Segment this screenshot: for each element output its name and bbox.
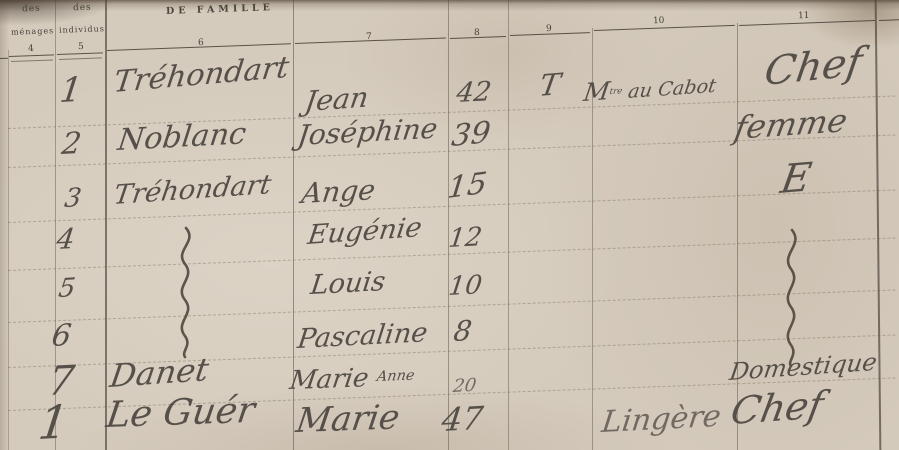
column-number-4: 4 (28, 44, 34, 54)
row-number: 1 (36, 399, 71, 446)
surname-entry: Danet (108, 353, 211, 392)
column-divider (875, 0, 882, 450)
age-entry: 8 (452, 317, 473, 346)
surname-entry: Le Guér (104, 393, 257, 434)
surname-entry: Tréhondart (112, 171, 273, 209)
firstname-entry: Ange (300, 176, 377, 208)
profession-superscript: tre (609, 86, 623, 97)
column-header-menages-top: des (22, 4, 41, 15)
ditto-squiggle-icon (778, 226, 804, 368)
firstname-entry: Louis (309, 268, 387, 299)
column-divider (737, 23, 738, 450)
age-entry: 15 (446, 169, 488, 204)
age-entry: 42 (455, 78, 493, 107)
column-number-11: 11 (798, 11, 810, 21)
column-header-individus-bottom: individus (59, 24, 105, 35)
row-number: 4 (55, 225, 76, 254)
column-number-6: 6 (198, 38, 204, 48)
header-rule (57, 52, 103, 55)
column-number-7: 7 (366, 32, 372, 42)
profession-entry: Mtre au Cabot (582, 71, 718, 105)
header-rule (0, 58, 8, 59)
column-header-menages-bottom: ménages (11, 26, 54, 37)
profession-entry: Lingère (600, 402, 723, 438)
position-entry: Chef (728, 386, 826, 430)
firstname-entry: Marie (294, 400, 402, 438)
census-register-page: des ménages des individus DE FAMILLE 4 5… (0, 0, 899, 450)
row-number: 3 (63, 185, 83, 212)
firstname-entry: Eugénie (306, 214, 424, 249)
column-header-individus-top: des (73, 3, 92, 14)
status-mark-entry: T (537, 70, 562, 102)
column-number-5: 5 (78, 42, 84, 52)
header-rule (739, 20, 875, 26)
position-entry: Chef (762, 42, 865, 92)
firstname-suffix: Anne (376, 368, 416, 385)
position-entry: E (778, 158, 814, 200)
age-entry: 47 (440, 402, 485, 436)
age-entry: 20 (452, 377, 477, 396)
row-number: 2 (60, 129, 83, 160)
age-entry: 10 (447, 272, 484, 300)
column-number-10: 10 (653, 16, 665, 26)
row-number: 1 (58, 73, 84, 108)
row-number: 5 (57, 275, 77, 302)
surname-entry: Tréhondart (112, 53, 291, 98)
column-header-famille: DE FAMILLE (166, 2, 274, 17)
firstname-entry: Pascaline (296, 319, 429, 353)
row-number: 6 (50, 321, 73, 352)
age-entry: 12 (447, 224, 484, 252)
profession-rest: au Cabot (627, 75, 718, 103)
column-divider (105, 0, 107, 450)
column-divider (8, 50, 9, 450)
column-divider (508, 0, 509, 450)
profession-initial: M (582, 76, 612, 107)
column-number-9: 9 (546, 24, 552, 34)
position-entry: femme (732, 104, 850, 144)
header-rule (11, 59, 53, 62)
ditto-squiggle-icon (172, 224, 198, 359)
firstname-entry: Marie Anne (288, 364, 416, 394)
header-rule (879, 19, 899, 21)
surname-entry: Noblanc (116, 119, 248, 156)
firstname-entry: Jean (303, 84, 370, 116)
column-divider (448, 0, 449, 450)
age-entry: 39 (450, 118, 492, 152)
firstname-entry: Joséphine (296, 115, 439, 150)
column-number-8: 8 (474, 28, 480, 38)
firstname-main: Marie (288, 363, 371, 396)
header-rule (9, 54, 54, 57)
header-rule (59, 57, 102, 60)
